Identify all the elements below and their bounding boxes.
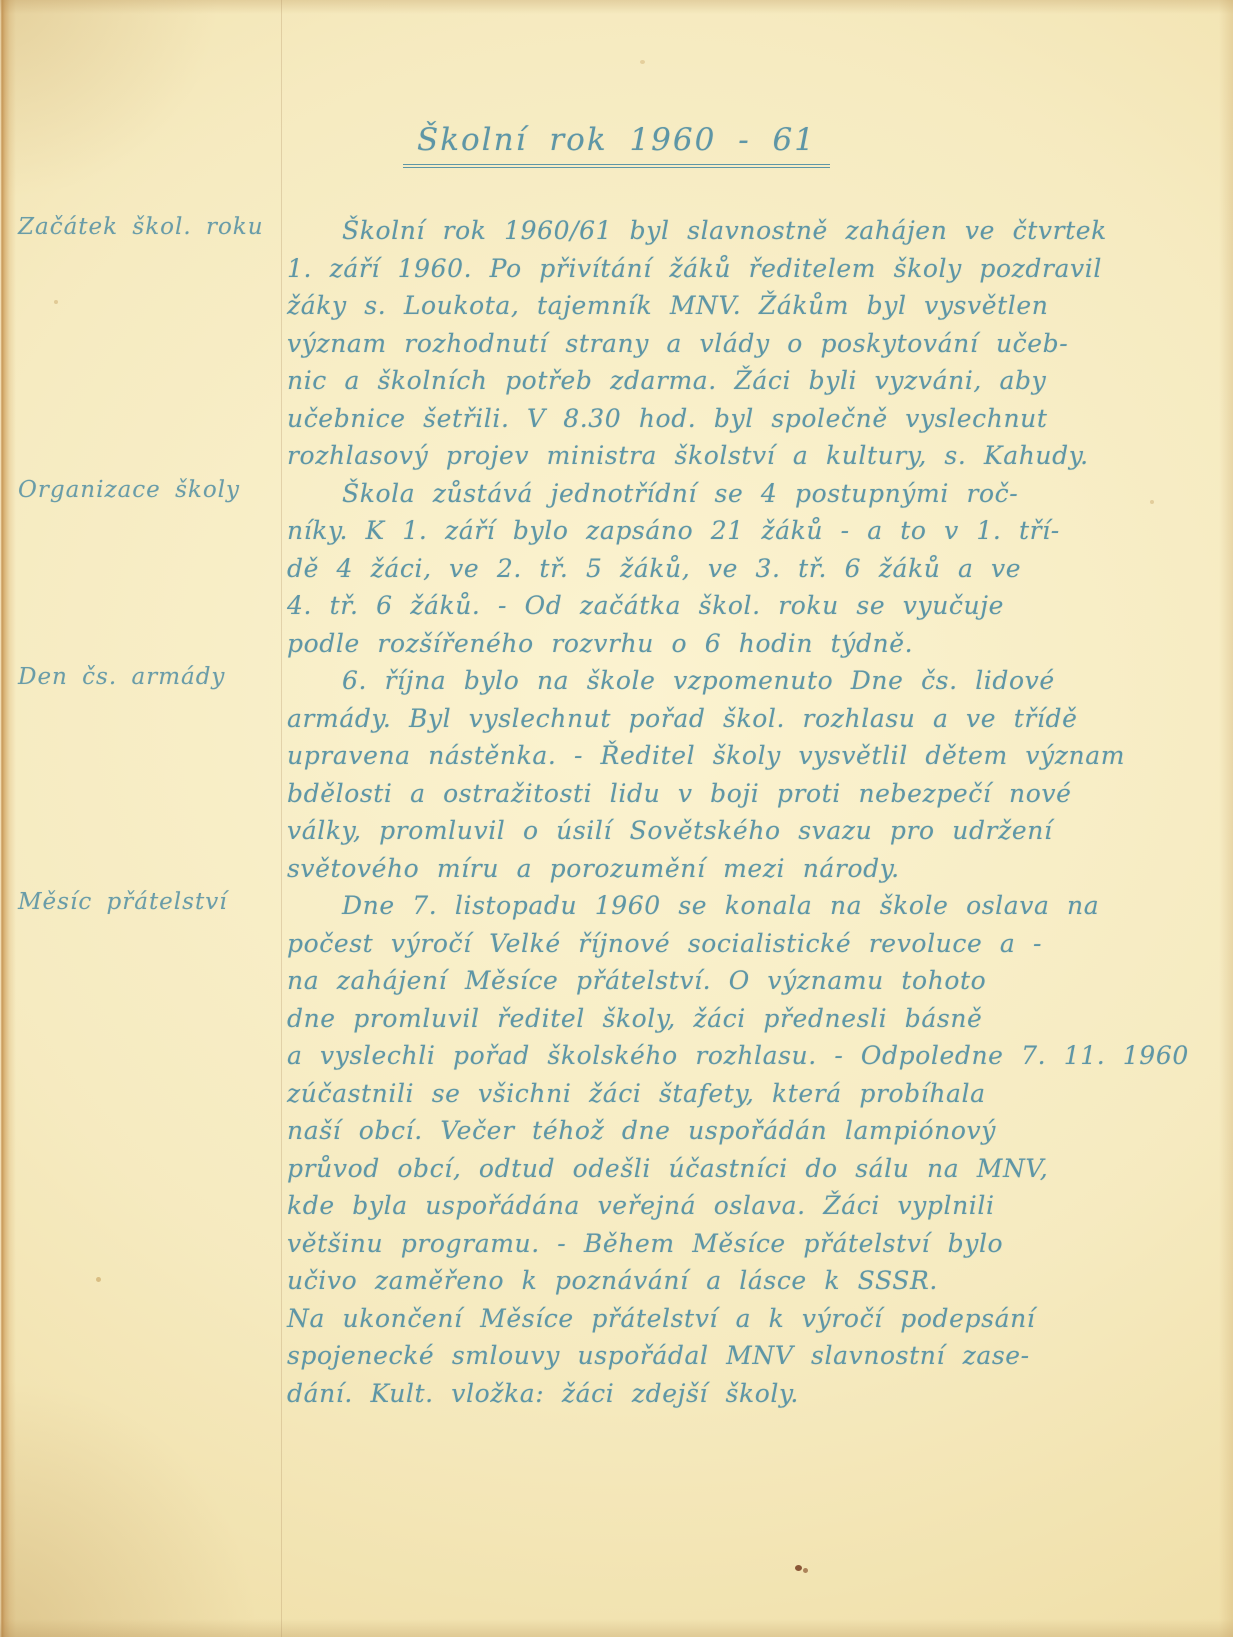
text-line: učebnice šetřili. V 8.30 hod. byl společ…: [287, 400, 1193, 438]
text-line: 1. září 1960. Po přivítání žáků ředitele…: [287, 250, 1193, 288]
margin-note: Organizace školy: [18, 477, 240, 503]
page-title-row: Školní rok 1960 - 61: [0, 122, 1233, 168]
text-line: průvod obcí, odtud odešli účastníci do s…: [287, 1150, 1193, 1188]
paragraph-text: Škola zůstává jednotřídní se 4 postupným…: [281, 475, 1233, 663]
page-edge-top: [0, 0, 1233, 14]
text-line: Na ukončení Měsíce přátelství a k výročí…: [287, 1300, 1193, 1338]
text-line: podle rozšířeného rozvrhu o 6 hodin týdn…: [287, 625, 1193, 663]
paper-speckle: [803, 1568, 808, 1573]
paragraph: Měsíc přátelstvíDne 7. listopadu 1960 se…: [0, 887, 1233, 1412]
paper-shading: [0, 1377, 260, 1637]
text-line: na zahájení Měsíce přátelství. O významu…: [287, 962, 1193, 1000]
paragraph-text: Školní rok 1960/61 byl slavnostně zaháje…: [281, 212, 1233, 475]
margin-cell: Začátek škol. roku: [0, 212, 281, 240]
text-line: Škola zůstává jednotřídní se 4 postupným…: [287, 475, 1193, 513]
paragraph-text: 6. října bylo na škole vzpomenuto Dne čs…: [281, 662, 1233, 887]
text-line: světového míru a porozumění mezi národy.: [287, 850, 1193, 888]
text-line: dne promluvil ředitel školy, žáci předne…: [287, 1000, 1193, 1038]
text-line: naší obcí. Večer téhož dne uspořádán lam…: [287, 1112, 1193, 1150]
text-line: 6. října bylo na škole vzpomenuto Dne čs…: [287, 662, 1193, 700]
text-line: dě 4 žáci, ve 2. tř. 5 žáků, ve 3. tř. 6…: [287, 550, 1193, 588]
text-line: kde byla uspořádána veřejná oslava. Žáci…: [287, 1187, 1193, 1225]
text-line: Školní rok 1960/61 byl slavnostně zaháje…: [287, 212, 1193, 250]
margin-note: Den čs. armády: [18, 664, 225, 690]
paragraph: Začátek škol. rokuŠkolní rok 1960/61 byl…: [0, 212, 1233, 475]
text-line: význam rozhodnutí strany a vlády o posky…: [287, 325, 1193, 363]
text-line: upravena nástěnka. - Ředitel školy vysvě…: [287, 737, 1193, 775]
text-line: armády. Byl vyslechnut pořad škol. rozhl…: [287, 700, 1193, 738]
page-edge-bottom: [0, 1619, 1233, 1637]
chronicle-page: Školní rok 1960 - 61 Začátek škol. rokuŠ…: [0, 0, 1233, 1637]
text-line: 4. tř. 6 žáků. - Od začátka škol. roku s…: [287, 587, 1193, 625]
paragraph: Den čs. armády6. října bylo na škole vzp…: [0, 662, 1233, 887]
chronicle-body: Začátek škol. rokuŠkolní rok 1960/61 byl…: [0, 212, 1233, 1412]
margin-cell: Organizace školy: [0, 475, 281, 503]
text-line: Dne 7. listopadu 1960 se konala na škole…: [287, 887, 1193, 925]
text-line: dání. Kult. vložka: žáci zdejší školy.: [287, 1375, 1193, 1413]
text-line: žáky s. Loukota, tajemník MNV. Žákům byl…: [287, 287, 1193, 325]
paragraph: Organizace školyŠkola zůstává jednotřídn…: [0, 475, 1233, 663]
paragraph-text: Dne 7. listopadu 1960 se konala na škole…: [281, 887, 1233, 1412]
text-line: níky. K 1. září bylo zapsáno 21 žáků - a…: [287, 512, 1193, 550]
paper-shading: [0, 0, 220, 200]
paper-speckle: [795, 1565, 802, 1571]
text-line: zúčastnili se všichni žáci štafety, kter…: [287, 1075, 1193, 1113]
text-line: většinu programu. - Během Měsíce přátels…: [287, 1225, 1193, 1263]
text-line: počest výročí Velké říjnové socialistick…: [287, 925, 1193, 963]
text-line: učivo zaměřeno k poznávání a lásce k SSS…: [287, 1262, 1193, 1300]
text-line: bdělosti a ostražitosti lidu v boji prot…: [287, 775, 1193, 813]
paper-speckle: [640, 60, 645, 64]
margin-note: Začátek škol. roku: [18, 214, 264, 240]
margin-note: Měsíc přátelství: [18, 889, 228, 915]
text-line: nic a školních potřeb zdarma. Žáci byli …: [287, 362, 1193, 400]
margin-cell: Den čs. armády: [0, 662, 281, 690]
text-line: rozhlasový projev ministra školství a ku…: [287, 437, 1193, 475]
text-line: spojenecké smlouvy uspořádal MNV slavnos…: [287, 1337, 1193, 1375]
margin-cell: Měsíc přátelství: [0, 887, 281, 915]
text-line: války, promluvil o úsilí Sovětského svaz…: [287, 812, 1193, 850]
page-title: Školní rok 1960 - 61: [403, 122, 830, 168]
text-line: a vyslechli pořad školského rozhlasu. - …: [287, 1037, 1193, 1075]
